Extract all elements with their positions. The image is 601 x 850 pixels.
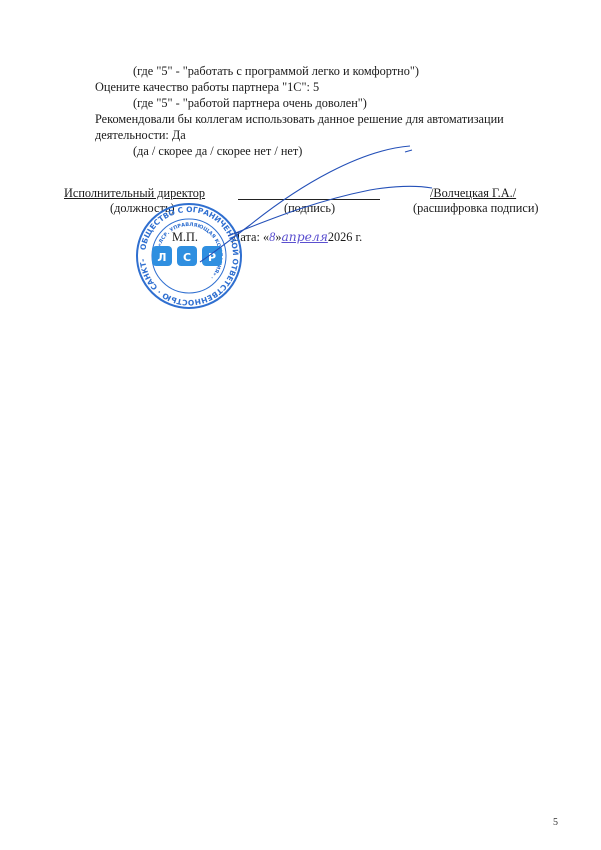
stamp-label: М.П. (172, 230, 198, 244)
svg-text:С: С (183, 251, 191, 264)
page-number: 5 (553, 817, 558, 828)
recommend-question: Рекомендовали бы коллегам использовать д… (95, 112, 504, 126)
partner-rating: Оцените качество работы партнера "1С": 5 (95, 80, 319, 94)
position-title: Исполнительный директор (64, 186, 205, 200)
answer-hint-2: (где "5" - "работой партнера очень довол… (133, 96, 367, 110)
svg-text:Л: Л (157, 251, 166, 264)
date-month: апреля (281, 230, 327, 244)
name-caption: (расшифровка подписи) (413, 201, 539, 215)
company-stamp: ОБЩЕСТВО С ОГРАНИЧЕННОЙ ОТВЕТСТВЕННОСТЬЮ… (0, 0, 601, 850)
position-caption: (должность) (110, 201, 175, 215)
signature-line (238, 199, 380, 200)
date-prefix: Дата: « (232, 230, 269, 244)
recommend-answer: деятельности: Да (95, 128, 186, 142)
date-year: 2026 г. (328, 230, 362, 244)
svg-text:Р: Р (208, 251, 216, 264)
date-line: Дата: «8»апреля2026 г. (232, 230, 362, 244)
signature-caption: (подпись) (284, 201, 335, 215)
answer-hint-1: (где "5" - "работать с программой легко … (133, 64, 419, 78)
recommend-options: (да / скорее да / скорее нет / нет) (133, 144, 302, 158)
signer-name-text: /Волчецкая Г.А./ (430, 186, 516, 200)
signer-name: /Волчецкая Г.А./ (430, 186, 516, 200)
